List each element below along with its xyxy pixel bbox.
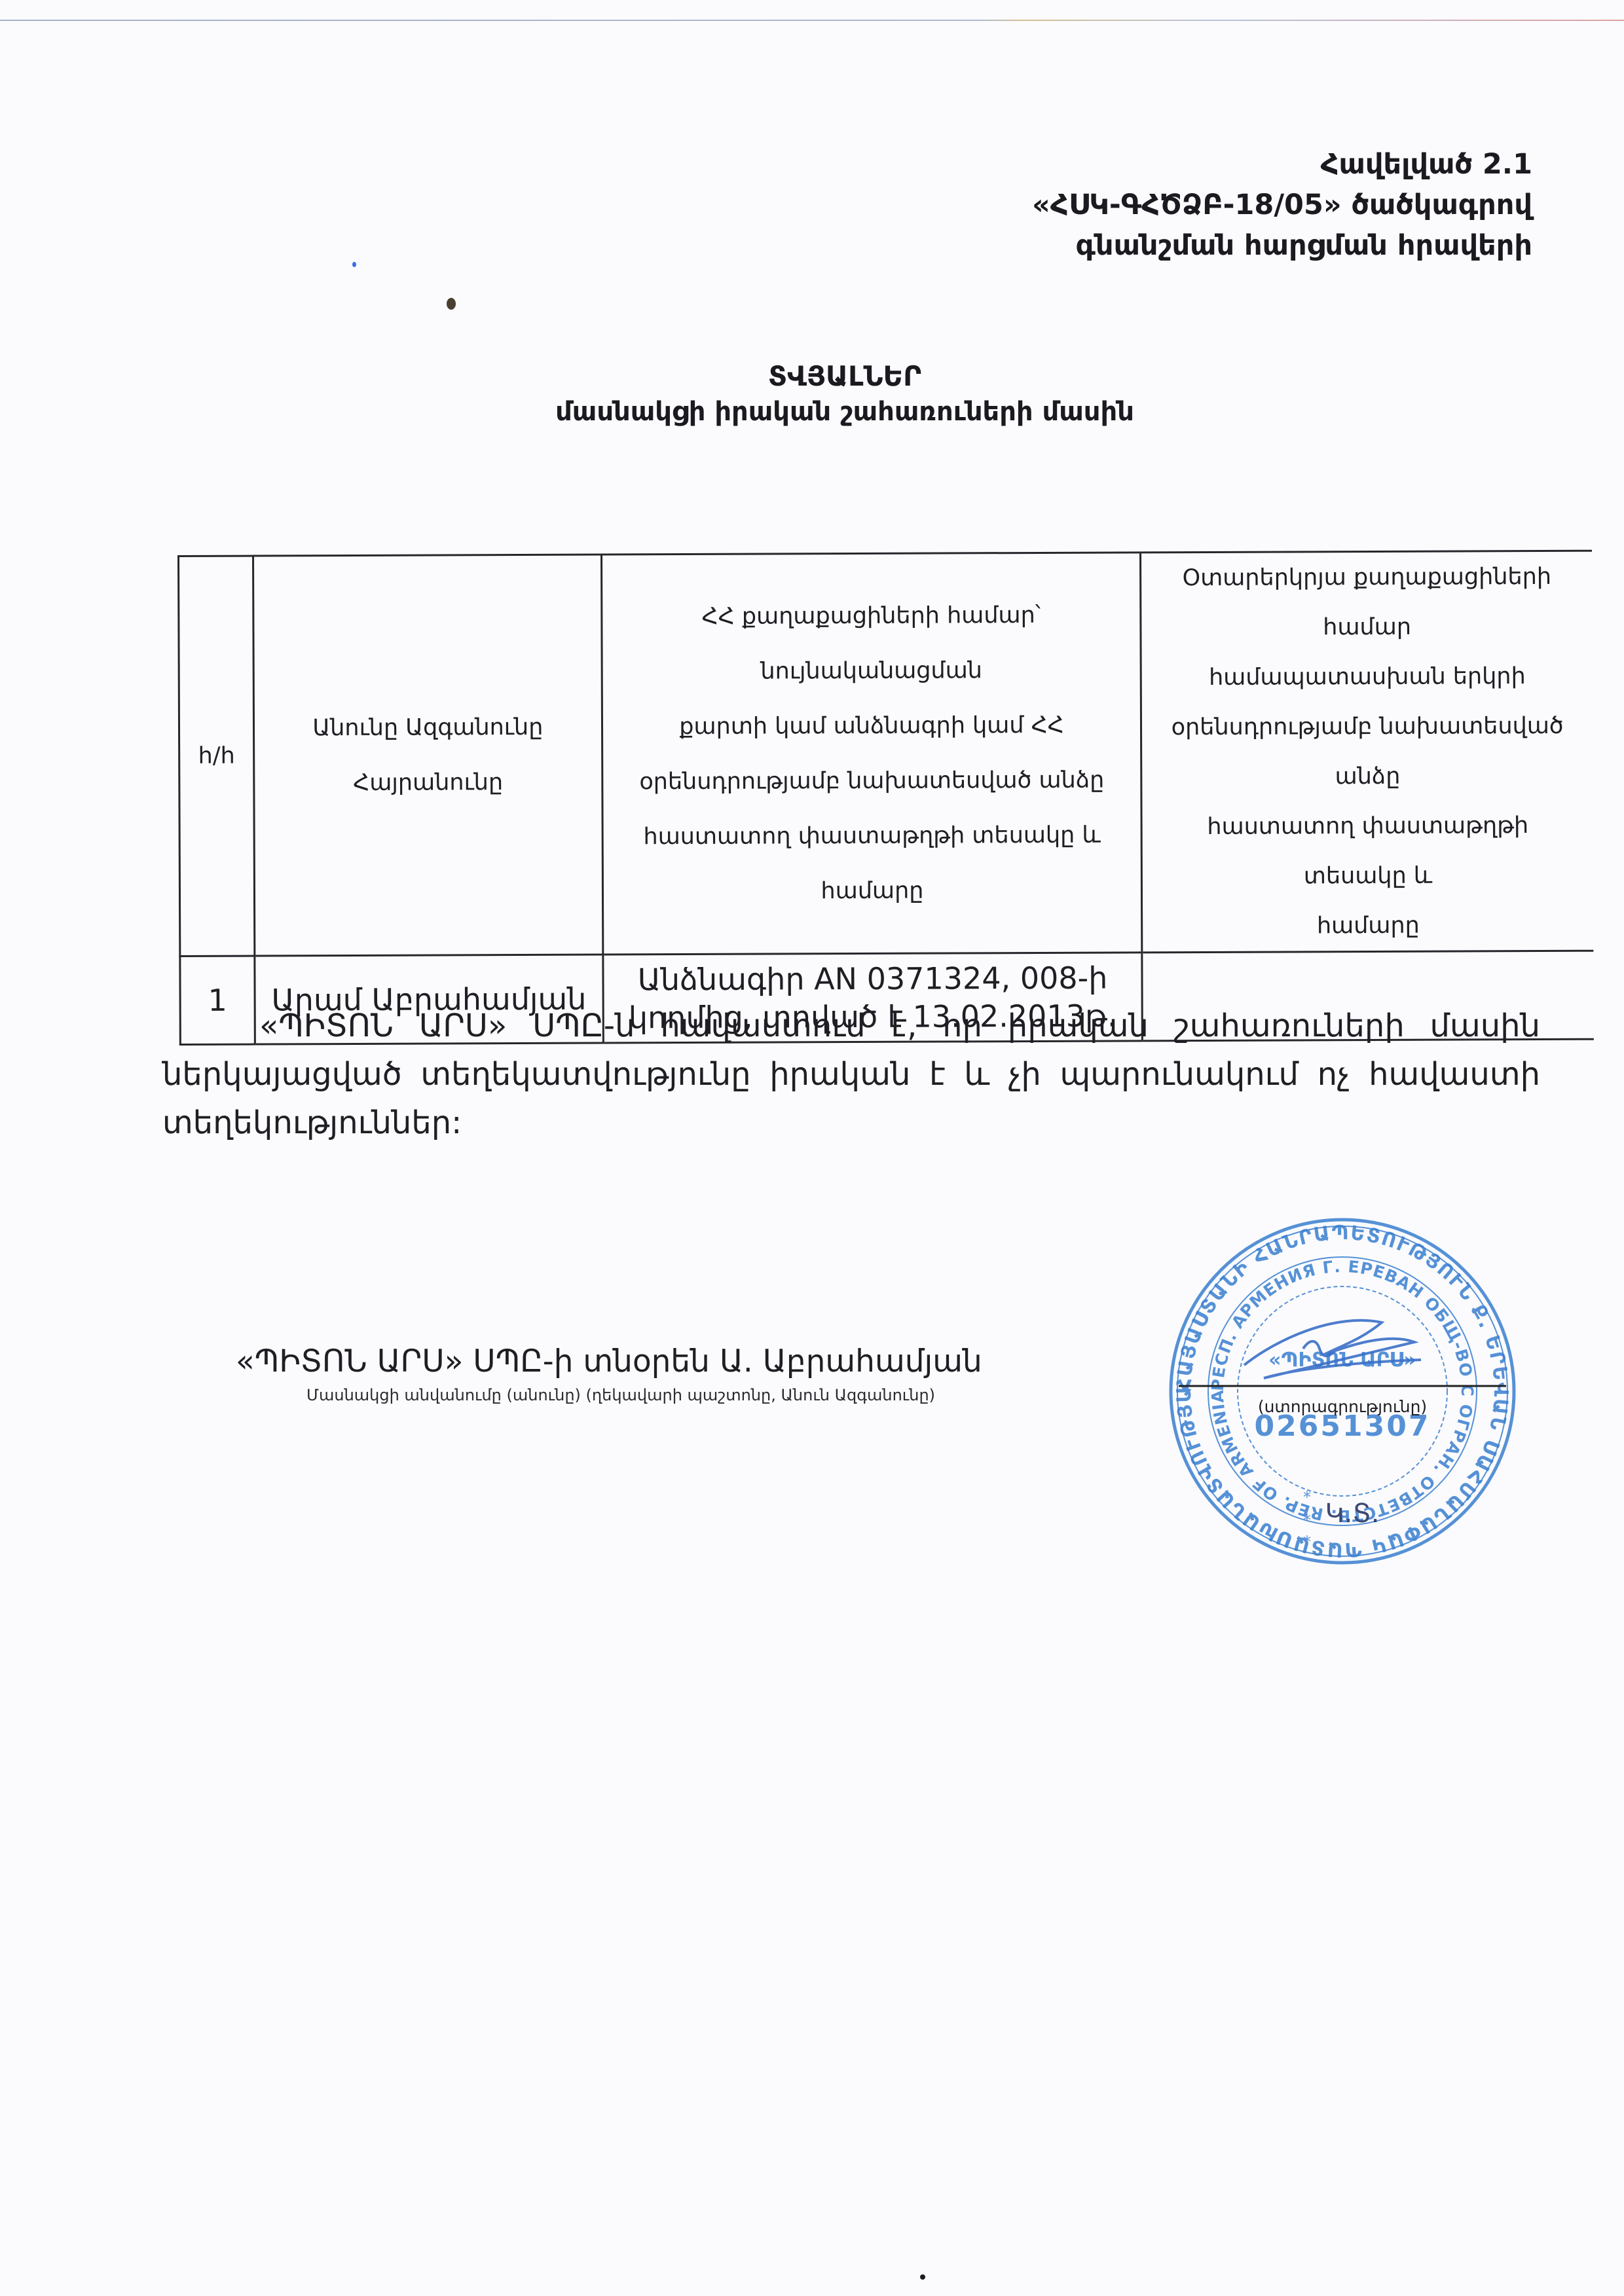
beneficial-owners-table: հ/հ Անունը Ազգանունը Հայրանունը ՀՀ քաղաք… — [177, 550, 1594, 1046]
column-header-foreign-document: Օտարերկրյա քաղաքացիների համար համապատասխ… — [1141, 551, 1593, 953]
title-subtitle: մասնակցի իրական շահառուների մասին — [0, 394, 1624, 429]
column-header-rf-document: ՀՀ քաղաքացիների համար՝ նույնականացման քա… — [601, 553, 1142, 955]
annex-number: Հավելված 2.1 — [1032, 144, 1532, 185]
document-title: ՏՎՅԱԼՆԵՐ մասնակցի իրական շահառուների մաս… — [0, 359, 1624, 429]
table-header-row: հ/հ Անունը Ազգանունը Հայրանունը ՀՀ քաղաք… — [179, 551, 1594, 956]
column-header-name: Անունը Ազգանունը Հայրանունը — [253, 555, 603, 956]
company-seal-stamp: ՀԱՅԱՍՏԱՆԻ ՀԱՆՐԱՊԵՏՈՒԹՅՈՒՆ Ք. ԵՐԵՎԱՆ ՍԱՀՄ… — [1166, 1214, 1519, 1568]
scan-speck — [920, 2274, 925, 2280]
signatory-line: «ՊԻՏՈՆ ԱՐՍ» ՍՊԸ-ի տնօրեն Ա. Աբրահամյան — [236, 1342, 982, 1381]
statement-line-2: ներկայացված տեղեկատվությունը իրական է և … — [162, 1050, 1540, 1099]
scan-speck — [352, 262, 356, 267]
statement-line-3: տեղեկություններ: — [162, 1099, 1540, 1147]
annex-header: Հավելված 2.1 «ՀՍԿ-ԳՀԾՁԲ-18/05» ծածկագրով… — [1032, 144, 1532, 266]
svg-text:(ստորագրությունը): (ստորագրությունը) — [1258, 1397, 1427, 1416]
title-main: ՏՎՅԱԼՆԵՐ — [0, 359, 1624, 394]
svg-text:Կ.Տ.: Կ.Տ. — [1325, 1499, 1380, 1529]
annex-reference: գնանշման հարցման հրավերի — [1032, 225, 1532, 266]
annex-code: «ՀՍԿ-ԳՀԾՁԲ-18/05» ծածկագրով — [1032, 185, 1532, 225]
svg-text:*: * — [1303, 1488, 1311, 1506]
svg-text:*: * — [1303, 1511, 1311, 1529]
statement-line-1: «ՊԻՏՈՆ ԱՐՍ» ՍՊԸ-ն հավաստում է, որ իրական… — [162, 1002, 1540, 1050]
statement-paragraph: «ՊԻՏՈՆ ԱՐՍ» ՍՊԸ-ն հավաստում է, որ իրական… — [162, 1002, 1540, 1147]
column-header-number: հ/հ — [179, 556, 255, 956]
scan-top-edge-line — [0, 20, 1624, 21]
svg-text:*: * — [1303, 1533, 1311, 1551]
signatory-caption: Մասնակցի անվանումը (անունը) (ղեկավարի պա… — [306, 1385, 935, 1405]
seal-icon: ՀԱՅԱՍՏԱՆԻ ՀԱՆՐԱՊԵՏՈՒԹՅՈՒՆ Ք. ԵՐԵՎԱՆ ՍԱՀՄ… — [1166, 1214, 1519, 1568]
scan-speck — [447, 298, 456, 310]
